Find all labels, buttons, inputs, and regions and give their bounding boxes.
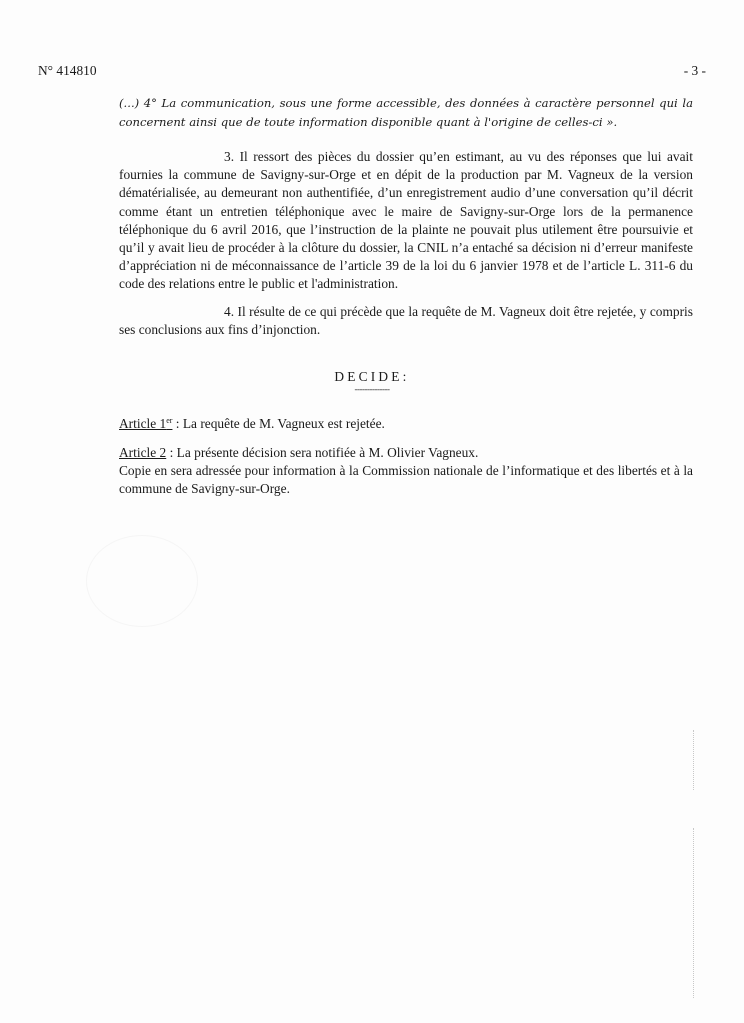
scan-margin-mark <box>693 828 694 998</box>
paragraph-4-text: 4. Il résulte de ce qui précède que la r… <box>119 303 693 339</box>
page-header: N° 414810 - 3 - <box>38 63 706 81</box>
paragraph-3: 3. Il ressort des pièces du dossier qu’e… <box>119 148 693 294</box>
article-2-copy-notice: Copie en sera adressée pour information … <box>119 462 693 498</box>
scan-margin-mark <box>693 730 694 790</box>
quoted-text: (...) 4° La communication, sous une form… <box>119 94 693 131</box>
decision-separator: -------------- <box>0 384 744 394</box>
article-2: Article 2 : La présente décision sera no… <box>119 444 693 499</box>
article-1-label: Article 1er <box>119 416 172 431</box>
paragraph-3-text: 3. Il ressort des pièces du dossier qu’e… <box>119 148 693 294</box>
article-2-text: : La présente décision sera notifiée à M… <box>166 445 478 460</box>
article-2-label: Article 2 <box>119 445 166 460</box>
article-1-label-text: Article 1 <box>119 416 166 431</box>
case-number: N° 414810 <box>38 63 97 79</box>
article-1: Article 1er : La requête de M. Vagneux e… <box>119 415 693 433</box>
page-number: - 3 - <box>684 63 706 79</box>
article-1-text: : La requête de M. Vagneux est rejetée. <box>172 416 384 431</box>
paragraph-4: 4. Il résulte de ce qui précède que la r… <box>119 303 693 339</box>
faded-stamp-mark <box>86 535 198 627</box>
decision-heading: DECIDE: <box>0 369 744 385</box>
